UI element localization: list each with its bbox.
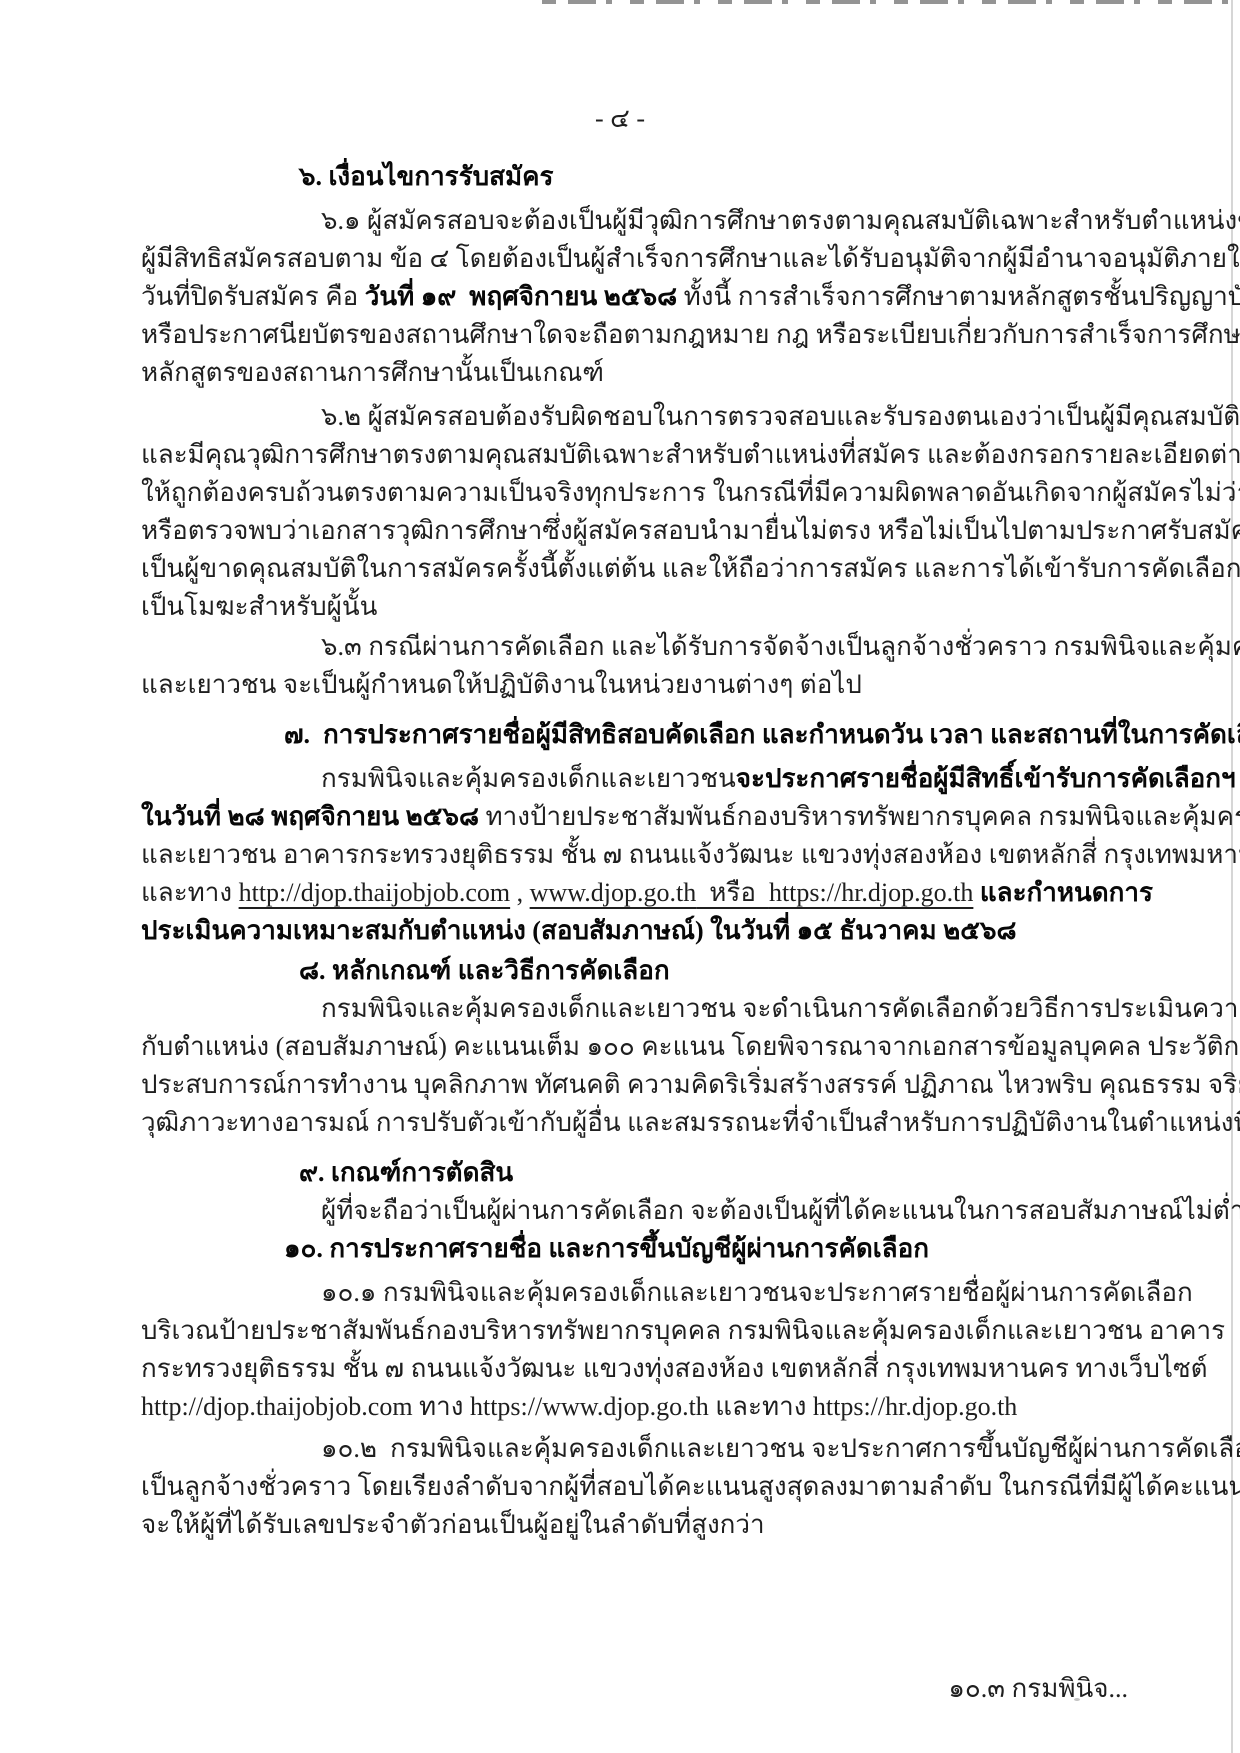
section-10-heading-block: ๑๐. การประกาศรายชื่อ และการขึ้นบัญชีผู้ผ… (141, 1230, 1116, 1268)
paragraph-6-1-line-5: หลักสูตรของสถานการศึกษานั้นเป็นเกณฑ์ (141, 354, 1116, 392)
paragraph-6-2-line-3: ให้ถูกต้องครบถ้วนตรงตามความเป็นจริงทุกปร… (141, 474, 1116, 512)
paragraph-10-1: ๑๐.๑ กรมพินิจและคุ้มครองเด็กและเยาวชนจะป… (141, 1274, 1116, 1426)
paragraph-6-2-line-1: ๖.๒ ผู้สมัครสอบต้องรับผิดชอบในการตรวจสอบ… (141, 398, 1116, 436)
page-number: - ๔ - (0, 100, 1240, 138)
paragraph-10-1-line-3: กระทรวงยุติธรรม ชั้น ๗ ถนนแจ้งวัฒนะ แขวง… (141, 1350, 1116, 1388)
paragraph-6-1-line-1: ๖.๑ ผู้สมัครสอบจะต้องเป็นผู้มีวุฒิการศึก… (141, 202, 1116, 240)
paragraph-7-line-1: กรมพินิจและคุ้มครองเด็กและเยาวชนจะประกาศ… (141, 760, 1116, 798)
paragraph-8-line-2: กับตำแหน่ง (สอบสัมภาษณ์) คะแนนเต็ม ๑๐๐ ค… (141, 1028, 1116, 1066)
section-8-heading-block: ๘. หลักเกณฑ์ และวิธีการคัดเลือก (141, 952, 1116, 990)
paragraph-8-line-1: กรมพินิจและคุ้มครองเด็กและเยาวชน จะดำเนิ… (141, 990, 1116, 1028)
paragraph-6-3-line-2: และเยาวชน จะเป็นผู้กำหนดให้ปฏิบัติงานในห… (141, 666, 1116, 704)
paragraph-6-3-line-1: ๖.๓ กรณีผ่านการคัดเลือก และได้รับการจัดจ… (141, 628, 1116, 666)
paragraph-6-2: ๖.๒ ผู้สมัครสอบต้องรับผิดชอบในการตรวจสอบ… (141, 398, 1116, 626)
paragraph-7: กรมพินิจและคุ้มครองเด็กและเยาวชนจะประกาศ… (141, 760, 1116, 950)
text-segment: ทางป้ายประชาสัมพันธ์กองบริหารทรัพยากรบุค… (479, 802, 1240, 831)
announcement-bold: จะประกาศรายชื่อผู้มีสิทธิ์เข้ารับการคัดเ… (736, 764, 1236, 793)
link-hr-djop-go-th[interactable]: https://hr.djop.go.th (769, 878, 973, 907)
paragraph-10-2-line-1: ๑๐.๒ กรมพินิจและคุ้มครองเด็กและเยาวชน จะ… (141, 1430, 1116, 1468)
paragraph-6-2-line-2: และมีคุณวุฒิการศึกษาตรงตามคุณสมบัติเฉพาะ… (141, 436, 1116, 474)
paragraph-10-2-line-2: เป็นลูกจ้างชั่วคราว โดยเรียงลำดับจากผู้ท… (141, 1468, 1116, 1506)
text-segment: และทาง (141, 878, 239, 907)
paragraph-10-2: ๑๐.๒ กรมพินิจและคุ้มครองเด็กและเยาวชน จะ… (141, 1430, 1116, 1544)
text-segment: กรมพินิจและคุ้มครองเด็กและเยาวชน (321, 764, 736, 793)
section-6-heading-block: ๖. เงื่อนไขการรับสมัคร (141, 158, 1116, 196)
paragraph-7-line-3: และเยาวชน อาคารกระทรวงยุติธรรม ชั้น ๗ ถน… (141, 836, 1116, 874)
section-9-heading: ๙. เกณฑ์การตัดสิน (141, 1154, 1116, 1192)
paragraph-6-1-line-2: ผู้มีสิทธิสมัครสอบตาม ข้อ ๔ โดยต้องเป็นผ… (141, 240, 1116, 278)
paragraph-10-1-line-4: http://djop.thaijobjob.com ทาง https://w… (141, 1388, 1116, 1426)
paragraph-6-2-line-5: เป็นผู้ขาดคุณสมบัติในการสมัครครั้งนี้ตั้… (141, 550, 1116, 588)
text-segment: ทั้งนี้ การสำเร็จการศึกษาตามหลักสูตรชั้น… (677, 282, 1240, 311)
section-10-heading: ๑๐. การประกาศรายชื่อ และการขึ้นบัญชีผู้ผ… (141, 1230, 1116, 1268)
interview-schedule-bold: และกำหนดการ (973, 878, 1153, 907)
link-group: www.djop.go.th หรือ https://hr.djop.go.t… (530, 878, 974, 907)
paragraph-6-3: ๖.๓ กรณีผ่านการคัดเลือก และได้รับการจัดจ… (141, 628, 1116, 704)
section-8-heading: ๘. หลักเกณฑ์ และวิธีการคัดเลือก (141, 952, 1116, 990)
paragraph-6-2-line-4: หรือตรวจพบว่าเอกสารวุฒิการศึกษาซึ่งผู้สม… (141, 512, 1116, 550)
text-segment: , (510, 878, 530, 907)
section-6-heading: ๖. เงื่อนไขการรับสมัคร (141, 158, 1116, 196)
announcement-date-bold: ในวันที่ ๒๘ พฤศจิกายน ๒๕๖๘ (141, 802, 479, 831)
text-segment: วันที่ปิดรับสมัคร คือ (141, 282, 365, 311)
paragraph-9-line-1: ผู้ที่จะถือว่าเป็นผู้ผ่านการคัดเลือก จะต… (141, 1192, 1116, 1230)
link-djop-go-th[interactable]: www.djop.go.th (530, 878, 697, 907)
section-7-heading-block: ๗. การประกาศรายชื่อผู้มีสิทธิสอบคัดเลือก… (141, 716, 1116, 754)
paragraph-6-1: ๖.๑ ผู้สมัครสอบจะต้องเป็นผู้มีวุฒิการศึก… (141, 202, 1116, 392)
paragraph-10-2-line-3: จะให้ผู้ที่ได้รับเลขประจำตัวก่อนเป็นผู้อ… (141, 1506, 1116, 1544)
page-number-block: - ๔ - (0, 100, 1240, 138)
paragraph-10-1-line-2: บริเวณป้ายประชาสัมพันธ์กองบริหารทรัพยากร… (141, 1312, 1116, 1350)
scan-artifact-top (542, 0, 1240, 4)
paragraph-6-2-line-6: เป็นโมฆะสำหรับผู้นั้น (141, 588, 1116, 626)
closing-date-bold: วันที่ ๑๙ พฤศจิกายน ๒๕๖๘ (365, 282, 677, 311)
paragraph-6-1-line-3: วันที่ปิดรับสมัคร คือ วันที่ ๑๙ พฤศจิกาย… (141, 278, 1116, 316)
paragraph-8: กรมพินิจและคุ้มครองเด็กและเยาวชน จะดำเนิ… (141, 990, 1116, 1142)
paragraph-6-1-line-4: หรือประกาศนียบัตรของสถานศึกษาใดจะถือตามก… (141, 316, 1116, 354)
section-9-heading-block: ๙. เกณฑ์การตัดสิน (141, 1154, 1116, 1192)
link-djop-thaijobjob[interactable]: http://djop.thaijobjob.com (239, 878, 511, 907)
section-7-heading: ๗. การประกาศรายชื่อผู้มีสิทธิสอบคัดเลือก… (141, 716, 1116, 754)
paragraph-7-line-4: และทาง http://djop.thaijobjob.com , www.… (141, 874, 1116, 912)
or-word: หรือ (696, 878, 769, 907)
page-catchword: ๑๐.๓ กรมพินิจ... (948, 1670, 1128, 1708)
paragraph-8-line-3: ประสบการณ์การทำงาน บุคลิกภาพ ทัศนคติ ควา… (141, 1066, 1116, 1104)
paragraph-10-1-line-1: ๑๐.๑ กรมพินิจและคุ้มครองเด็กและเยาวชนจะป… (141, 1274, 1116, 1312)
paragraph-8-line-4: วุฒิภาวะทางอารมณ์ การปรับตัวเข้ากับผู้อื… (141, 1104, 1116, 1142)
paragraph-9: ผู้ที่จะถือว่าเป็นผู้ผ่านการคัดเลือก จะต… (141, 1192, 1116, 1230)
paragraph-7-line-5: ประเมินความเหมาะสมกับตำแหน่ง (สอบสัมภาษณ… (141, 912, 1116, 950)
paragraph-7-line-2: ในวันที่ ๒๘ พฤศจิกายน ๒๕๖๘ ทางป้ายประชาส… (141, 798, 1116, 836)
document-page: - ๔ - ๖. เงื่อนไขการรับสมัคร ๖.๑ ผู้สมัค… (0, 0, 1240, 1753)
